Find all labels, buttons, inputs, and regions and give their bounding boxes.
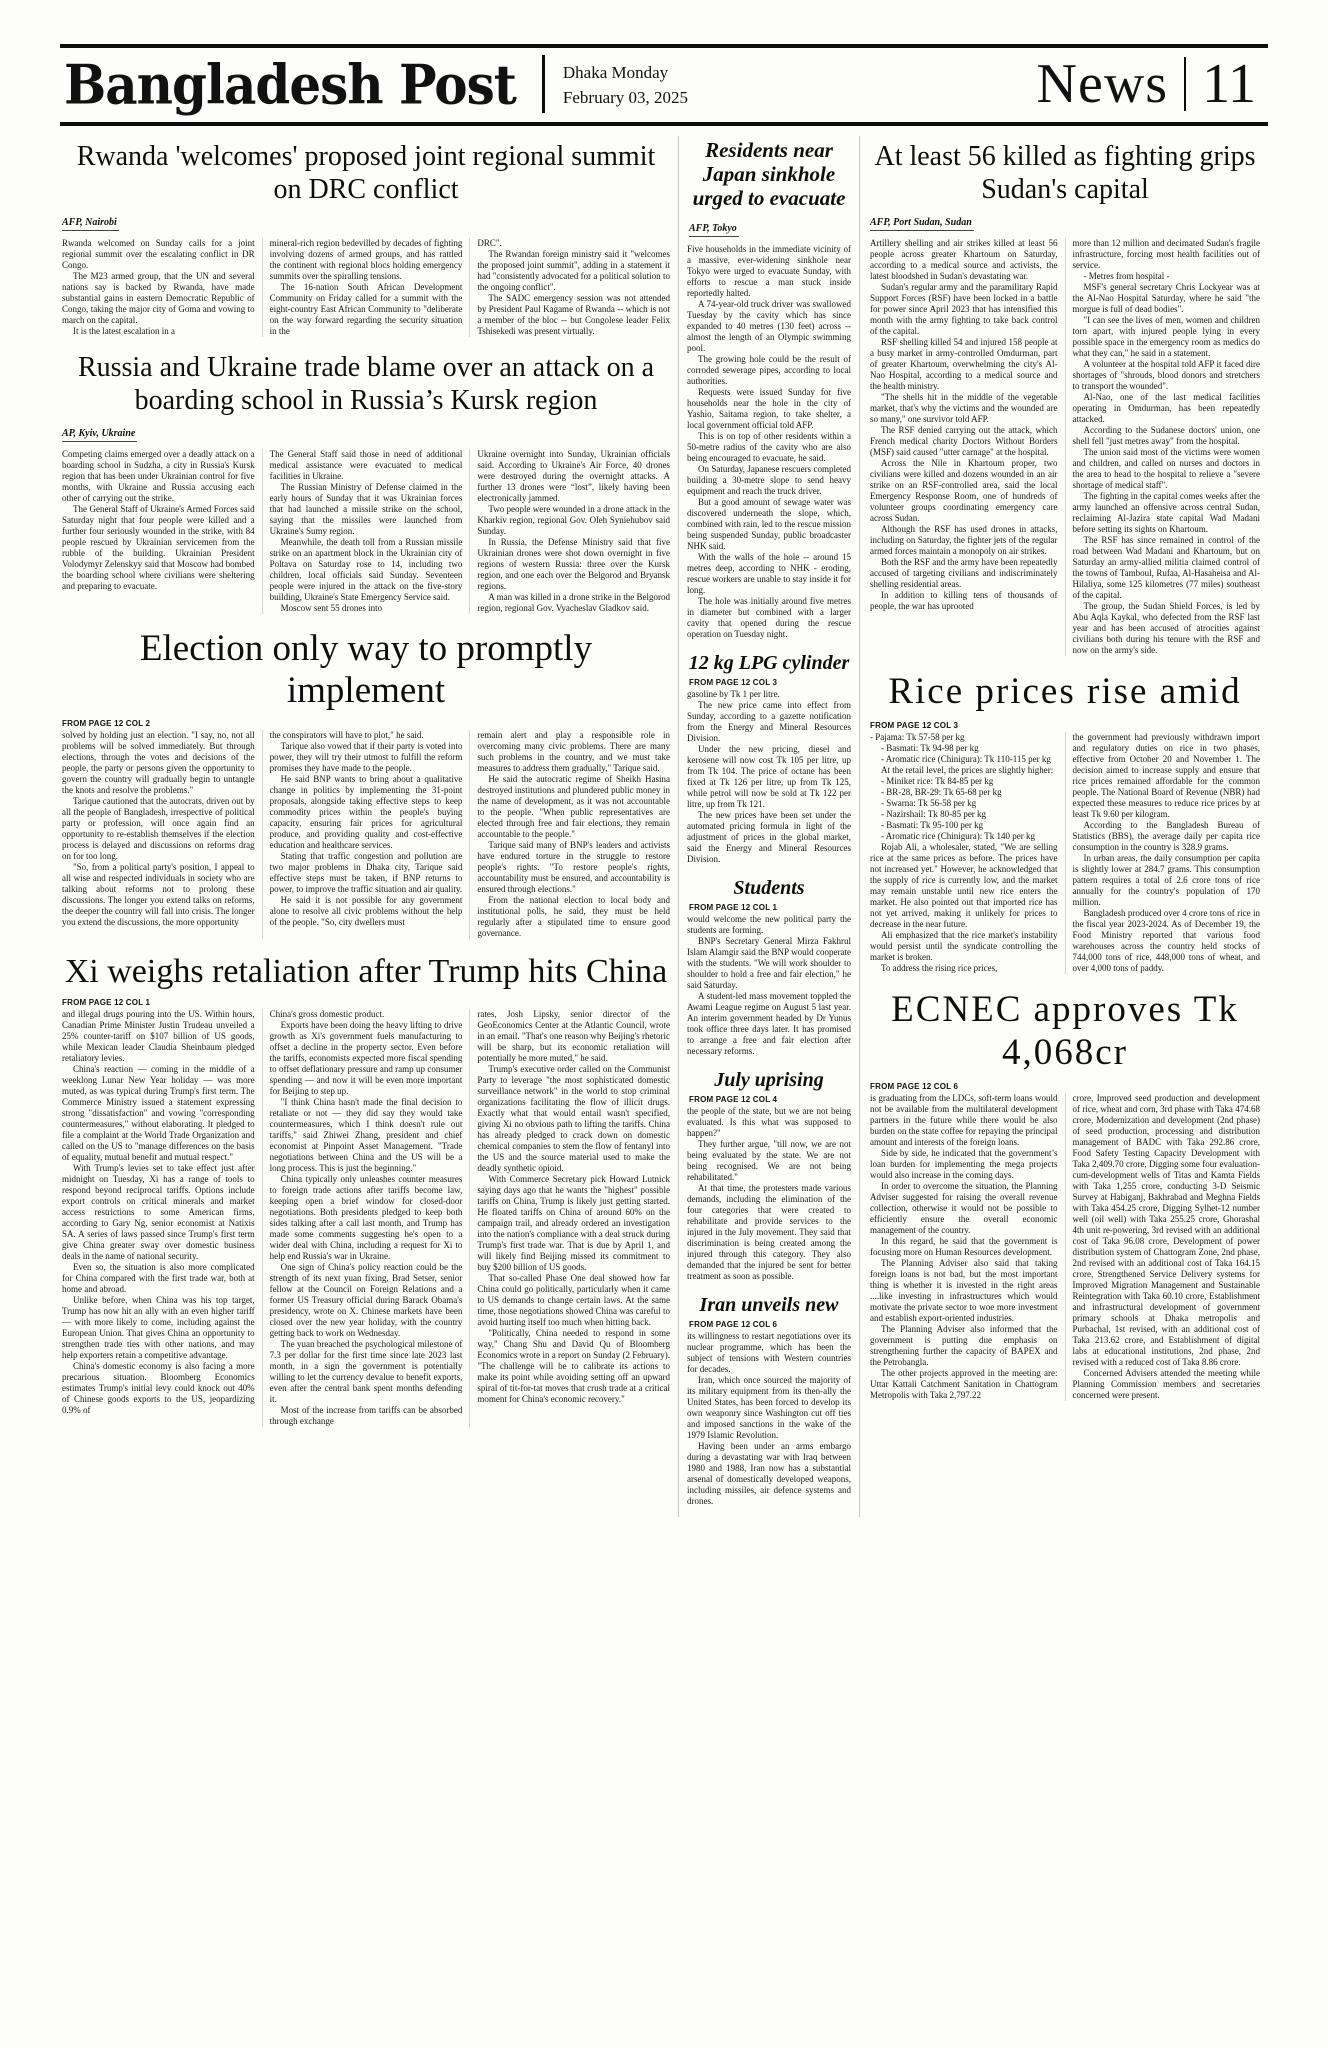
paragraph: the government had previously withdrawn … (1073, 732, 1261, 820)
article-column: Artillery shelling and air strikes kille… (868, 238, 1066, 656)
paragraph: Rwanda welcomed on Sunday calls for a jo… (62, 238, 255, 271)
section-divider (1184, 57, 1186, 111)
paragraph: Under the new pricing, diesel and kerose… (687, 744, 851, 810)
paragraph: The hole was initially around five metre… (687, 596, 851, 640)
paragraph: On Saturday, Japanese rescuers completed… (687, 464, 851, 497)
article-column: China's gross domestic product.Exports h… (263, 1009, 471, 1427)
paragraph: Two people were wounded in a drone attac… (477, 504, 670, 537)
paragraph: mineral-rich region bedevilled by decade… (270, 238, 463, 282)
paragraph: Requests were issued Sunday for five hou… (687, 387, 851, 431)
article-iran-jump: Iran unveils new FROM PAGE 12 COL 6 its … (687, 1294, 851, 1507)
page-content: Rwanda 'welcomes' proposed joint regiona… (60, 136, 1268, 1517)
paragraph: Moscow sent 55 drones into (270, 603, 463, 614)
paragraph: The RSF denied carrying out the attack, … (870, 425, 1058, 458)
paragraph: He said BNP wants to bring about a quali… (270, 774, 463, 851)
article-lpg-jump: 12 kg LPG cylinder FROM PAGE 12 COL 3 ga… (687, 652, 851, 865)
paragraph: MSF's general secretary Chris Lockyear w… (1073, 282, 1261, 315)
paragraph: China typically only unleashes counter m… (270, 1174, 463, 1262)
paragraph: At that time, the protesters made variou… (687, 1183, 851, 1282)
article-columns: Competing claims emerged over a deadly a… (60, 449, 672, 614)
paragraph: Five households in the immediate vicinit… (687, 244, 851, 299)
paragraph: A student-led mass movement toppled the … (687, 991, 851, 1057)
paragraph: Artillery shelling and air strikes kille… (870, 238, 1058, 282)
paragraph: The 16-nation South African Development … (270, 282, 463, 337)
paragraph: The Rwandan foreign ministry said it "we… (477, 249, 670, 293)
paragraph: "So, from a political party's position, … (62, 862, 255, 928)
section-header: News 11 (1037, 52, 1264, 116)
paragraph: Iran, which once sourced the majority of… (687, 1375, 851, 1441)
paragraph: Both the RSF and the army have been repe… (870, 557, 1058, 590)
article-xi-trump-jump: Xi weighs retaliation after Trump hits C… (60, 953, 672, 1427)
paragraph: This is on top of other residents within… (687, 431, 851, 464)
article-column: mineral-rich region bedevilled by decade… (263, 238, 471, 337)
paragraph: A man was killed in a drone strike in th… (477, 592, 670, 614)
article-column: Rwanda welcomed on Sunday calls for a jo… (60, 238, 263, 337)
headline: Residents near Japan sinkhole urged to e… (687, 138, 851, 210)
masthead-bottom-rule (60, 122, 1268, 126)
headline: At least 56 killed as fighting grips Sud… (868, 140, 1262, 206)
newspaper-title: Bangladesh Post (64, 52, 516, 116)
headline: Xi weighs retaliation after Trump hits C… (60, 953, 672, 990)
paragraph: At the retail level, the prices are slig… (870, 765, 1058, 776)
paragraph: China's gross domestic product. (270, 1009, 463, 1020)
paragraph: - Basmati: Tk 95-100 per kg (870, 820, 1058, 831)
byline: AFP, Tokyo (689, 223, 739, 237)
jump-note: FROM PAGE 12 COL 1 (62, 998, 672, 1007)
paragraph: With Trump's levies set to take effect j… (62, 1163, 255, 1262)
masthead: Bangladesh Post Dhaka Monday February 03… (60, 48, 1268, 122)
paragraph: He said the autocratic regime of Sheikh … (477, 774, 670, 840)
middle-region: Residents near Japan sinkhole urged to e… (678, 136, 860, 1517)
paragraph: The new price came into effect from Sund… (687, 700, 851, 744)
paragraph: Al-Nao, one of the last medical faciliti… (1073, 392, 1261, 425)
article-july-uprising-jump: July uprising FROM PAGE 12 COL 4 the peo… (687, 1069, 851, 1282)
paragraph: He said it is not possible for any gover… (270, 895, 463, 928)
article-body: gasoline by Tk 1 per litre.The new price… (687, 689, 851, 865)
paragraph: The Planning Adviser also informed that … (870, 1324, 1058, 1368)
article-columns: - Pajama: Tk 57-58 per kg- Basmati: Tk 9… (868, 732, 1262, 974)
paragraph: Rojab Ali, a wholesaler, stated, "We are… (870, 842, 1058, 930)
article-columns: Artillery shelling and air strikes kille… (868, 238, 1262, 656)
paragraph: and illegal drugs pouring into the US. W… (62, 1009, 255, 1064)
paragraph: The fighting in the capital comes weeks … (1073, 491, 1261, 535)
article-column: crore, Improved seed production and deve… (1066, 1093, 1263, 1401)
paragraph: solved by holding just an election. "I s… (62, 730, 255, 796)
article-columns: Rwanda welcomed on Sunday calls for a jo… (60, 238, 672, 337)
paragraph: "I think China hasn't made the final dec… (270, 1097, 463, 1174)
paragraph: Bangladesh produced over 4 crore tons of… (1073, 908, 1261, 974)
newspaper-page: Bangladesh Post Dhaka Monday February 03… (0, 0, 1328, 2048)
paragraph: In order to overcome the situation, the … (870, 1181, 1058, 1236)
article-column: the government had previously withdrawn … (1066, 732, 1263, 974)
jump-note: FROM PAGE 12 COL 3 (870, 721, 1262, 730)
paragraph: Ali emphasized that the rice market's in… (870, 930, 1058, 963)
article-students-jump: Students FROM PAGE 12 COL 1 would welcom… (687, 877, 851, 1057)
paragraph: China's reaction — coming in the middle … (62, 1064, 255, 1163)
article-column: is graduating from the LDCs, soft-term l… (868, 1093, 1066, 1401)
paragraph: From the national election to local body… (477, 895, 670, 939)
paragraph: According to the Bangladesh Bureau of St… (1073, 820, 1261, 853)
masthead-divider (542, 55, 545, 113)
top-margin (60, 0, 1268, 44)
paragraph: Tarique also vowed that if their party i… (270, 741, 463, 774)
article-ecnec-jump: ECNEC approves Tk 4,068cr FROM PAGE 12 C… (868, 988, 1262, 1401)
byline: AFP, Nairobi (62, 217, 119, 231)
article-column: rates, Josh Lipsky, senior director of t… (470, 1009, 672, 1427)
article-japan-sinkhole: Residents near Japan sinkhole urged to e… (687, 138, 851, 640)
headline: Iran unveils new (687, 1294, 851, 1316)
article-column: The General Staff said those in need of … (263, 449, 471, 614)
paragraph: In urban areas, the daily consumption pe… (1073, 853, 1261, 908)
paragraph: Tarique cautioned that the autocrats, dr… (62, 796, 255, 862)
paragraph: But a good amount of sewage water was di… (687, 497, 851, 552)
paragraph: Exports have been doing the heavy liftin… (270, 1020, 463, 1097)
paragraph: In this regard, he said that the governm… (870, 1236, 1058, 1258)
jump-note: FROM PAGE 12 COL 1 (689, 903, 851, 912)
paragraph: Most of the increase from tariffs can be… (270, 1405, 463, 1427)
paragraph: the conspirators will have to plot," he … (270, 730, 463, 741)
paragraph: Even so, the situation is also more comp… (62, 1262, 255, 1295)
paragraph: Tarique said many of BNP's leaders and a… (477, 840, 670, 895)
byline: AP, Kyiv, Ukraine (62, 428, 137, 442)
paragraph: "Politically, China needed to respond in… (477, 1328, 670, 1405)
paragraph: They further argue, "till now, we are no… (687, 1139, 851, 1183)
headline: Election only way to promptly implement (60, 628, 672, 711)
headline: Rice prices rise amid (868, 670, 1262, 713)
article-column: and illegal drugs pouring into the US. W… (60, 1009, 263, 1427)
paragraph: Having been under an arms embargo during… (687, 1441, 851, 1507)
section-name: News (1037, 52, 1169, 116)
paragraph: is graduating from the LDCs, soft-term l… (870, 1093, 1058, 1148)
headline: 12 kg LPG cylinder (687, 652, 851, 674)
article-column: remain alert and play a responsible role… (470, 730, 672, 939)
paragraph: - Miniket rice: Tk 84-85 per kg (870, 776, 1058, 787)
article-sudan-fighting: At least 56 killed as fighting grips Sud… (868, 140, 1262, 656)
paragraph: Side by side, he indicated that the gove… (870, 1148, 1058, 1181)
page-number: 11 (1202, 52, 1256, 116)
paragraph: - Swarna: Tk 56-58 per kg (870, 798, 1058, 809)
paragraph: The group, the Sudan Shield Forces, is l… (1073, 601, 1261, 656)
paragraph: - Basmati: Tk 94-98 per kg (870, 743, 1058, 754)
dateline: Dhaka Monday February 03, 2025 (563, 57, 688, 110)
paragraph: RSF shelling killed 54 and injured 158 p… (870, 337, 1058, 392)
article-column: Competing claims emerged over a deadly a… (60, 449, 263, 614)
headline: Rwanda 'welcomes' proposed joint regiona… (60, 140, 672, 206)
dateline-date: February 03, 2025 (563, 86, 688, 111)
paragraph: The M23 armed group, that the UN and sev… (62, 271, 255, 326)
paragraph: - Aromatic rice (Chinigura): Tk 140 per … (870, 831, 1058, 842)
paragraph: - BR-28, BR-29: Tk 65-68 per kg (870, 787, 1058, 798)
article-rwanda-summit: Rwanda 'welcomes' proposed joint regiona… (60, 140, 672, 337)
jump-note: FROM PAGE 12 COL 3 (689, 678, 851, 687)
article-column: Ukraine overnight into Sunday, Ukrainian… (470, 449, 672, 614)
paragraph: One sign of China's policy reaction coul… (270, 1262, 463, 1339)
paragraph: The growing hole could be the result of … (687, 354, 851, 387)
paragraph: The RSF has since remained in control of… (1073, 535, 1261, 601)
paragraph: The Planning Adviser also said that taki… (870, 1258, 1058, 1324)
paragraph: BNP's Secretary General Mirza Fakhrul Is… (687, 936, 851, 991)
headline: July uprising (687, 1069, 851, 1091)
article-rice-prices-jump: Rice prices rise amid FROM PAGE 12 COL 3… (868, 670, 1262, 974)
paragraph: the people of the state, but we are not … (687, 1106, 851, 1139)
paragraph: "The shells hit in the middle of the veg… (870, 392, 1058, 425)
right-region: At least 56 killed as fighting grips Sud… (866, 136, 1262, 1517)
paragraph: "I can see the lives of men, women and c… (1073, 315, 1261, 359)
paragraph: It is the latest escalation in a (62, 326, 255, 337)
jump-note: FROM PAGE 12 COL 6 (689, 1320, 851, 1329)
paragraph: The other projects approved in the meeti… (870, 1368, 1058, 1401)
paragraph: crore, Improved seed production and deve… (1073, 1093, 1261, 1368)
article-columns: and illegal drugs pouring into the US. W… (60, 1009, 672, 1427)
dateline-city-day: Dhaka Monday (563, 61, 688, 86)
paragraph: - Aromatic rice (Chinigura): Tk 110-115 … (870, 754, 1058, 765)
jump-note: FROM PAGE 12 COL 6 (870, 1082, 1262, 1091)
jump-note: FROM PAGE 12 COL 2 (62, 719, 672, 728)
paragraph: The General Staff said those in need of … (270, 449, 463, 482)
paragraph: - Metres from hospital - (1073, 271, 1261, 282)
article-columns: is graduating from the LDCs, soft-term l… (868, 1093, 1262, 1401)
paragraph: The Russian Ministry of Defense claimed … (270, 482, 463, 537)
paragraph: A volunteer at the hospital told AFP it … (1073, 359, 1261, 392)
article-body: its willingness to restart negotiations … (687, 1331, 851, 1507)
paragraph: The yuan breached the psychological mile… (270, 1339, 463, 1405)
article-body: the people of the state, but we are not … (687, 1106, 851, 1282)
paragraph: Although the RSF has used drones in atta… (870, 524, 1058, 557)
paragraph: Trump's executive order called on the Co… (477, 1064, 670, 1174)
paragraph: - Nazirshail: Tk 80-85 per kg (870, 809, 1058, 820)
paragraph: would welcome the new political party th… (687, 914, 851, 936)
paragraph: Sudan's regular army and the paramilitar… (870, 282, 1058, 337)
paragraph: China's domestic economy is also facing … (62, 1361, 255, 1416)
article-russia-ukraine: Russia and Ukraine trade blame over an a… (60, 351, 672, 614)
paragraph: more than 12 million and decimated Sudan… (1073, 238, 1261, 271)
article-column: solved by holding just an election. "I s… (60, 730, 263, 939)
paragraph: With Commerce Secretary pick Howard Lutn… (477, 1174, 670, 1273)
paragraph: its willingness to restart negotiations … (687, 1331, 851, 1375)
article-column: - Pajama: Tk 57-58 per kg- Basmati: Tk 9… (868, 732, 1066, 974)
article-column: the conspirators will have to plot," he … (263, 730, 471, 939)
paragraph: Unlike before, when China was his top ta… (62, 1295, 255, 1361)
paragraph: In Russia, the Defense Ministry said tha… (477, 537, 670, 592)
article-body: Five households in the immediate vicinit… (687, 244, 851, 640)
article-column: DRC".The Rwandan foreign ministry said i… (470, 238, 672, 337)
paragraph: DRC". (477, 238, 670, 249)
paragraph: The union said most of the victims were … (1073, 447, 1261, 491)
paragraph: According to the Sudanese doctors' union… (1073, 425, 1261, 447)
paragraph: Stating that traffic congestion and poll… (270, 851, 463, 895)
headline: Students (687, 877, 851, 899)
headline: Russia and Ukraine trade blame over an a… (60, 351, 672, 417)
jump-note: FROM PAGE 12 COL 4 (689, 1095, 851, 1104)
article-election-jump: Election only way to promptly implement … (60, 628, 672, 939)
paragraph: Competing claims emerged over a deadly a… (62, 449, 255, 504)
paragraph: Ukraine overnight into Sunday, Ukrainian… (477, 449, 670, 504)
paragraph: gasoline by Tk 1 per litre. (687, 689, 851, 700)
paragraph: Across the Nile in Khartoum proper, two … (870, 458, 1058, 524)
paragraph: The SADC emergency session was not atten… (477, 293, 670, 337)
paragraph: Concerned Advisers attended the meeting … (1073, 1368, 1261, 1401)
headline: ECNEC approves Tk 4,068cr (868, 988, 1262, 1074)
paragraph: A 74-year-old truck driver was swallowed… (687, 299, 851, 354)
article-body: would welcome the new political party th… (687, 914, 851, 1057)
paragraph: The new prices have been set under the a… (687, 810, 851, 865)
paragraph: That so-called Phase One deal showed how… (477, 1273, 670, 1328)
paragraph: With the walls of the hole -- around 15 … (687, 552, 851, 596)
byline: AFP, Port Sudan, Sudan (870, 217, 974, 231)
paragraph: Meanwhile, the death toll from a Russian… (270, 537, 463, 603)
article-column: more than 12 million and decimated Sudan… (1066, 238, 1263, 656)
article-columns: solved by holding just an election. "I s… (60, 730, 672, 939)
paragraph: rates, Josh Lipsky, senior director of t… (477, 1009, 670, 1064)
paragraph: In addition to killing tens of thousands… (870, 590, 1058, 612)
paragraph: To address the rising rice prices, (870, 963, 1058, 974)
paragraph: The General Staff of Ukraine's Armed For… (62, 504, 255, 592)
paragraph: remain alert and play a responsible role… (477, 730, 670, 774)
paragraph: - Pajama: Tk 57-58 per kg (870, 732, 1058, 743)
left-region: Rwanda 'welcomes' proposed joint regiona… (60, 136, 672, 1517)
